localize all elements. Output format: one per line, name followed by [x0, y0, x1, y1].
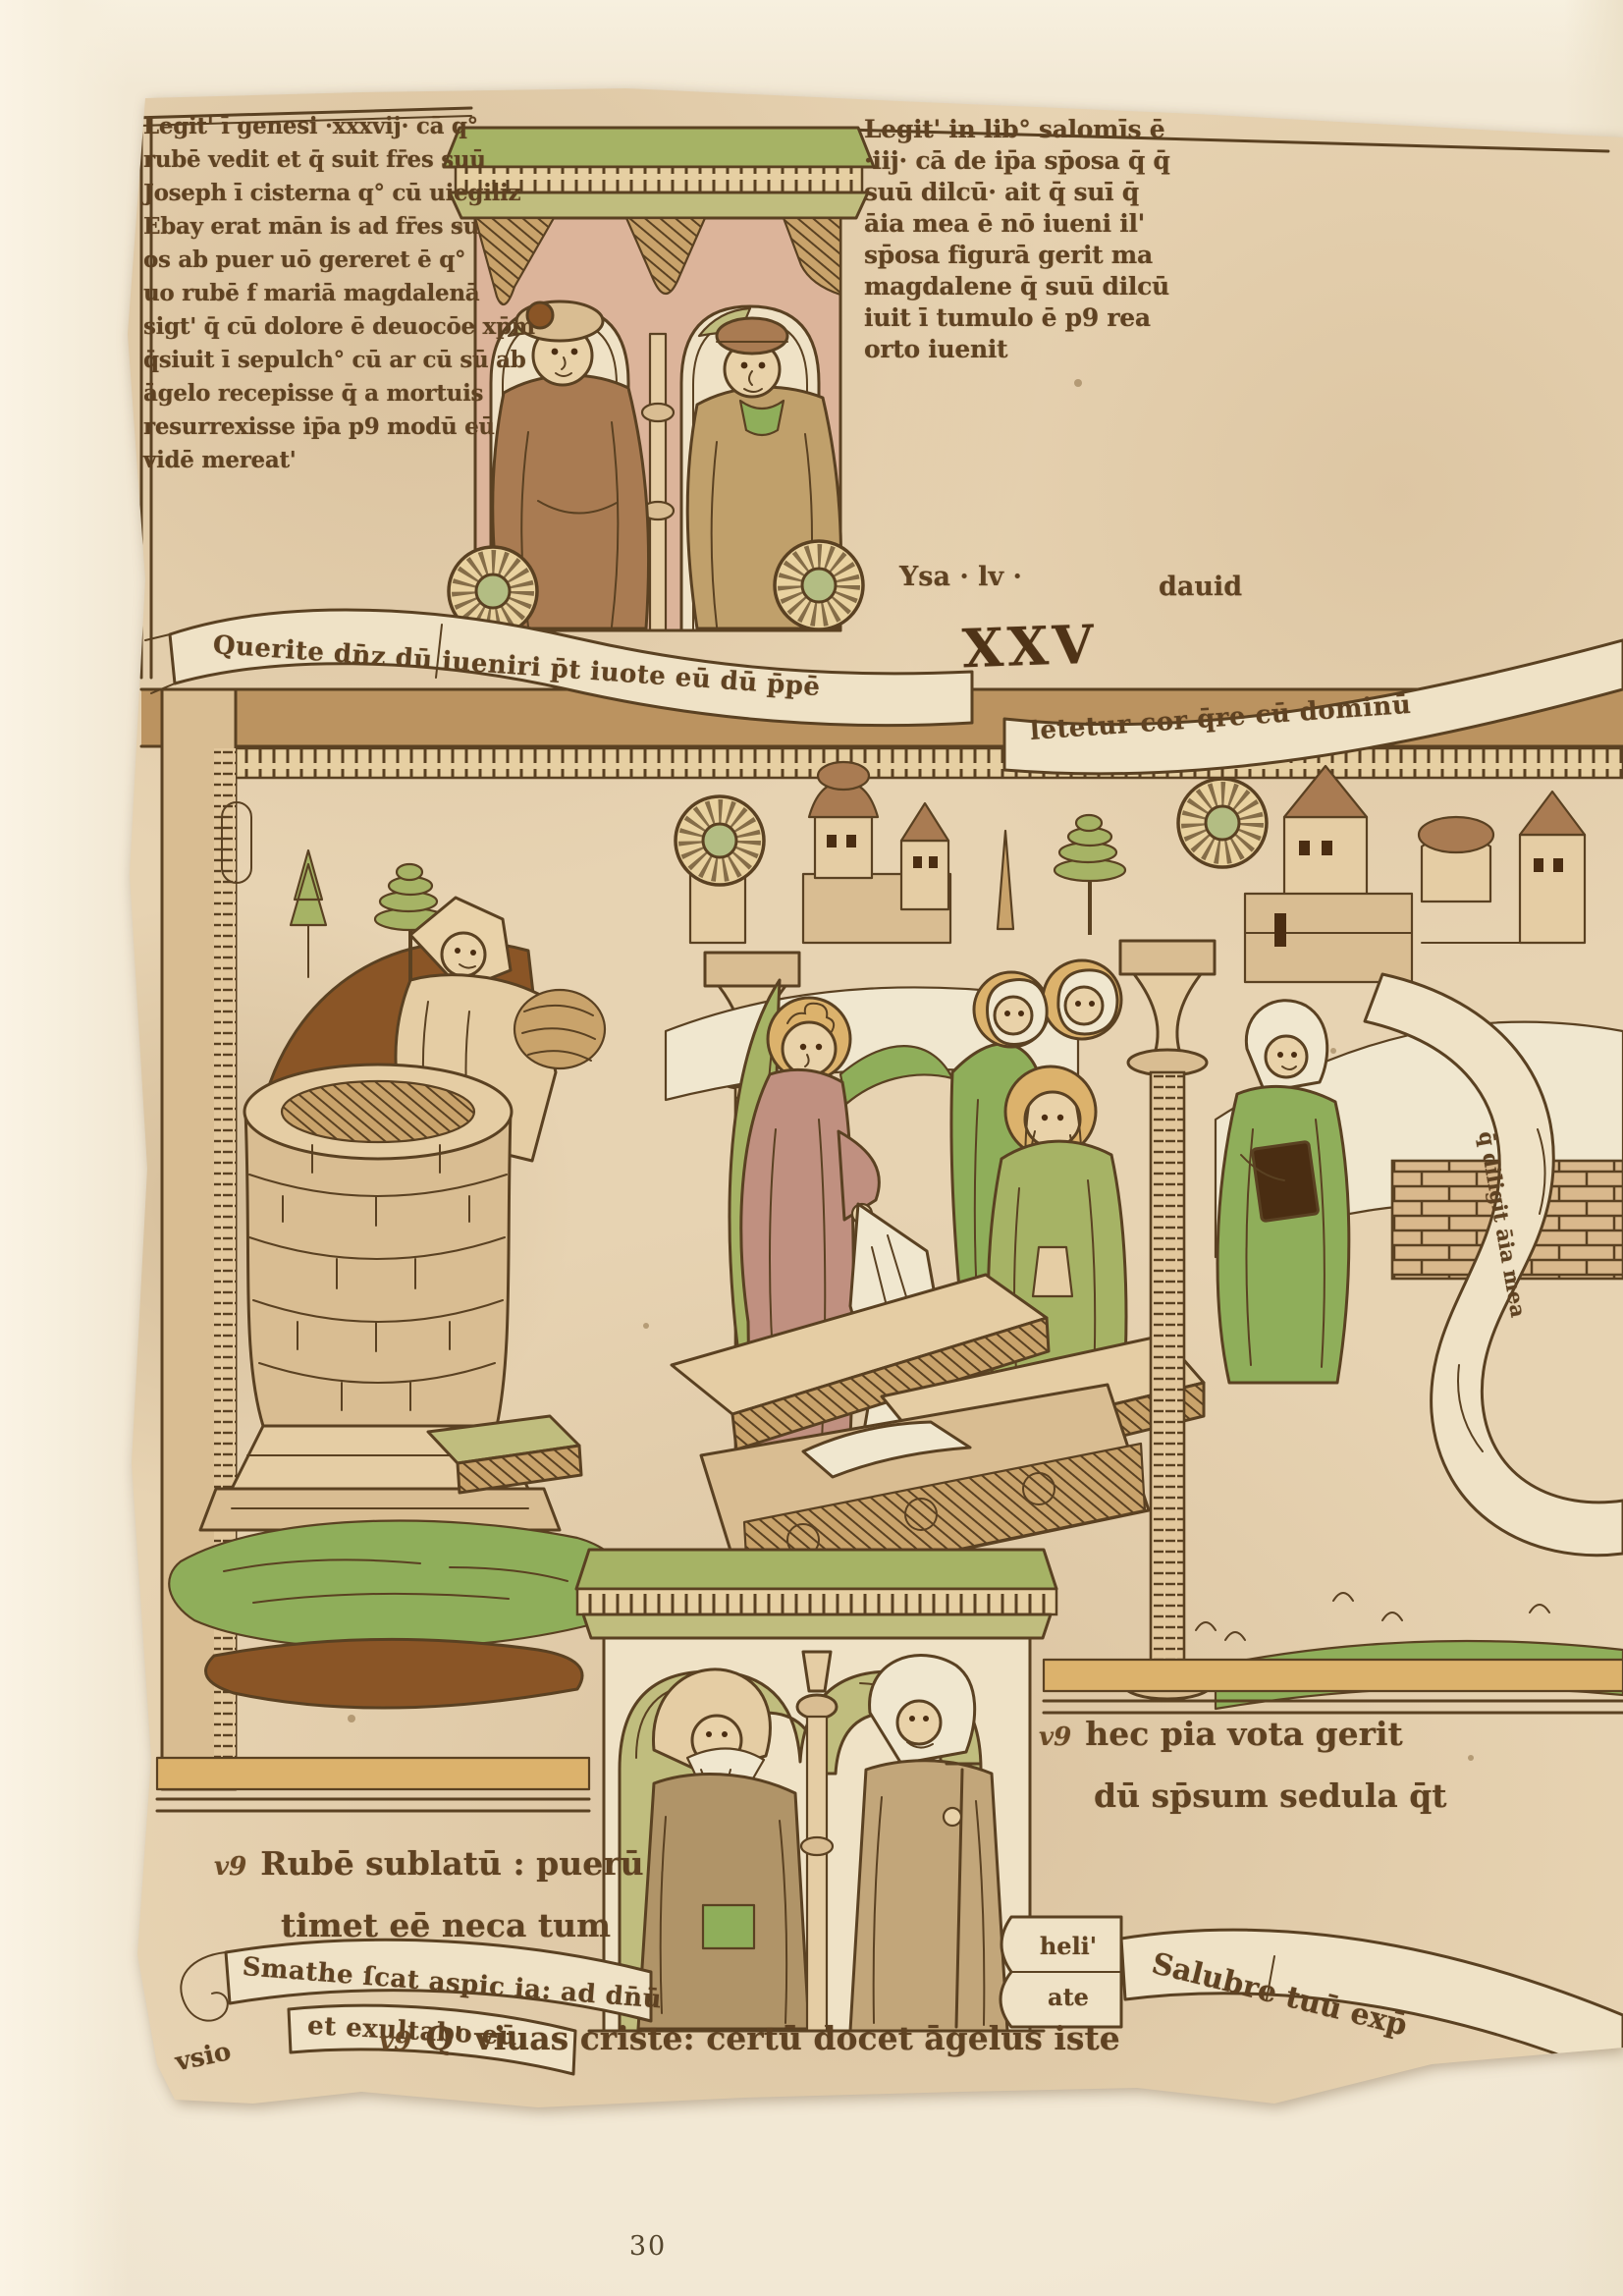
lection-line: magdalene q̄ suū dilcū — [864, 271, 1170, 302]
stone-slab-book — [428, 1416, 581, 1493]
lection-line: Legit' in lib° salomīs ē — [864, 114, 1170, 145]
arch-right — [681, 306, 819, 630]
scene-three-marys-at-tomb — [666, 762, 1204, 1660]
pine-tree-icon — [291, 850, 326, 977]
verse-text: Rubē sublatū : puerū — [260, 1844, 643, 1883]
banderole-text-right: letetur cor q̄re cū dominū — [1029, 690, 1412, 746]
city-towers — [1216, 766, 1623, 1257]
lection-line: q̄siuit ī sepulch° cū ar cū sū ab — [143, 344, 535, 377]
foreground-shadow — [206, 1639, 582, 1708]
scene-sponsa-seeking — [1196, 766, 1623, 1709]
bottom-right-verse: v9hec pia vota gerit dū sp̄sum sedula q̄… — [1039, 1705, 1447, 1826]
lection-line: sigt' q̄ cū dolore ē deuocōe xp̄m — [143, 310, 535, 344]
lection-line: sp̄osa figurā gerit ma — [864, 240, 1170, 271]
prophet-david-figure — [687, 318, 840, 629]
city-skyline — [666, 762, 1078, 1100]
grass-tufts — [1196, 1593, 1549, 1640]
reuben-figure — [396, 898, 605, 1161]
bottom-prophet-niche — [576, 1550, 1056, 2031]
verse-line: timet eē neca tum — [214, 1896, 644, 1955]
open-tomb-sarcophagus — [672, 1275, 1204, 1595]
bottom-prophet-right-figure — [850, 1656, 1007, 2031]
hill-mound — [263, 942, 546, 1105]
arcade-column-left — [705, 953, 799, 1760]
top-right-lection: Legit' in lib° salomīs ē ·iij· cā de ip̄… — [864, 114, 1170, 365]
bottom-left-verse: v9Rubē sublatū : puerū timet eē neca tum — [214, 1834, 644, 1955]
dark-hillside — [666, 1581, 970, 1660]
bottom-center-verse: v9Q' viuas criste: certū docet āgelus is… — [379, 2019, 1120, 2057]
top-left-lection: Legit' ī genesi ·xxxvij· cā q° rubē vedi… — [143, 110, 535, 477]
lection-line: resurrexisse ip̄a p9 modū eū — [143, 410, 535, 444]
chapter-numeral: XXV — [961, 613, 1099, 681]
woodcut-print: Legit' ī genesi ·xxxvij· cā q° rubē vedi… — [116, 88, 1623, 2116]
sun-medallion-top-left — [449, 547, 537, 635]
middle-register-frame — [141, 689, 1623, 1789]
shroud-cloth — [850, 1204, 947, 1487]
sponsa-figure — [1217, 1001, 1349, 1383]
palm-branch — [730, 980, 787, 1444]
three-marys-figures — [974, 960, 1126, 1436]
verse-prefix: v9 — [1039, 1722, 1071, 1752]
niche-colonnette — [642, 334, 674, 630]
lection-line: os ab puer uō gereret ē q° — [143, 244, 535, 277]
bottom-banderole-line1: Smathe ſcat aspic ia: ad dn̄ū — [242, 1952, 663, 2015]
lection-line: Joseph ī cisterna q° cū uiegiliz — [143, 177, 535, 210]
sponsa-scroll-text: q̄ diligit āia mea — [1474, 1129, 1531, 1319]
prophet-label-isaiah: Ysa · lv · — [899, 562, 1022, 592]
verse-line: dū sp̄sum sedula q̄t — [1039, 1767, 1447, 1826]
tree-icon — [375, 864, 446, 984]
banderole-text-left: Querite dn̄z dū iueniri p̄t iuote eū dū … — [212, 630, 822, 702]
book-page: { "page": { "number": "30" }, "colors": … — [0, 0, 1623, 2296]
sun-medallion-top-right — [775, 541, 863, 629]
lection-line: ·iij· cā de ip̄a sp̄osa q̄ q̄ — [864, 145, 1170, 177]
tree-icon — [1055, 815, 1125, 935]
verse-prefix: v9 — [379, 2027, 411, 2056]
arcade-column-right — [1120, 941, 1215, 1699]
verse-text: hec pia vota gerit — [1085, 1715, 1403, 1753]
lection-line: iuit ī tumulo ē p9 rea — [864, 302, 1170, 334]
lection-line: orto iuenit — [864, 334, 1170, 365]
scene-reuben-at-well — [169, 850, 627, 1708]
lection-line: uo rubē f mariā magdalenā — [143, 277, 535, 310]
sun-medallion-band-right — [1178, 779, 1267, 867]
grass-patch — [169, 1521, 627, 1649]
brick-well — [200, 1065, 560, 1530]
lection-line: Ebay erat mān is ad fr̄es su — [143, 210, 535, 244]
bottom-niche-colonnette — [797, 1652, 837, 2031]
lection-line: Legit' ī genesi ·xxxvij· cā q° — [143, 110, 535, 143]
green-drapery — [951, 1044, 1046, 1408]
bottom-banderole-label: vsio — [173, 2037, 234, 2077]
winding-scroll — [1365, 974, 1623, 1556]
woodcut-print-wrap: Legit' ī genesi ·xxxvij· cā q° rubē vedi… — [116, 88, 1623, 2116]
sun-medallion-band-left — [676, 796, 764, 885]
bottom-scroll-text: Salubre tuū exp̄ — [1149, 1946, 1411, 2043]
scroll-panel-text: heli' ate — [1021, 1921, 1115, 2023]
lection-line: āgelo recepisse q̄ a mortuis — [143, 377, 535, 410]
lection-line: āia mea ē nō iueni il' — [864, 208, 1170, 240]
prophet-label-david: dauid — [1159, 572, 1242, 602]
verse-prefix: v9 — [214, 1852, 246, 1882]
scroll-panel-line: ate — [1021, 1972, 1115, 2023]
lection-line: suū dilcū· ait q̄ suī q̄ — [864, 177, 1170, 208]
lection-line: rubē vedit et q̄ suit fr̄es suū — [143, 143, 535, 177]
verse-text: Q' viuas criste: certū docet āgelus iste — [425, 2019, 1120, 2057]
book-page-number: 30 — [589, 2231, 707, 2262]
verse-line: v9hec pia vota gerit — [1039, 1705, 1447, 1767]
angel-figure — [741, 998, 952, 1497]
green-ground — [1216, 1641, 1623, 1709]
bottom-prophet-left-figure — [638, 1669, 809, 2029]
verse-line: v9Rubē sublatū : puerū — [214, 1834, 644, 1896]
lection-line: vidē mereat' — [143, 444, 535, 477]
scroll-panel-line: heli' — [1021, 1921, 1115, 1972]
